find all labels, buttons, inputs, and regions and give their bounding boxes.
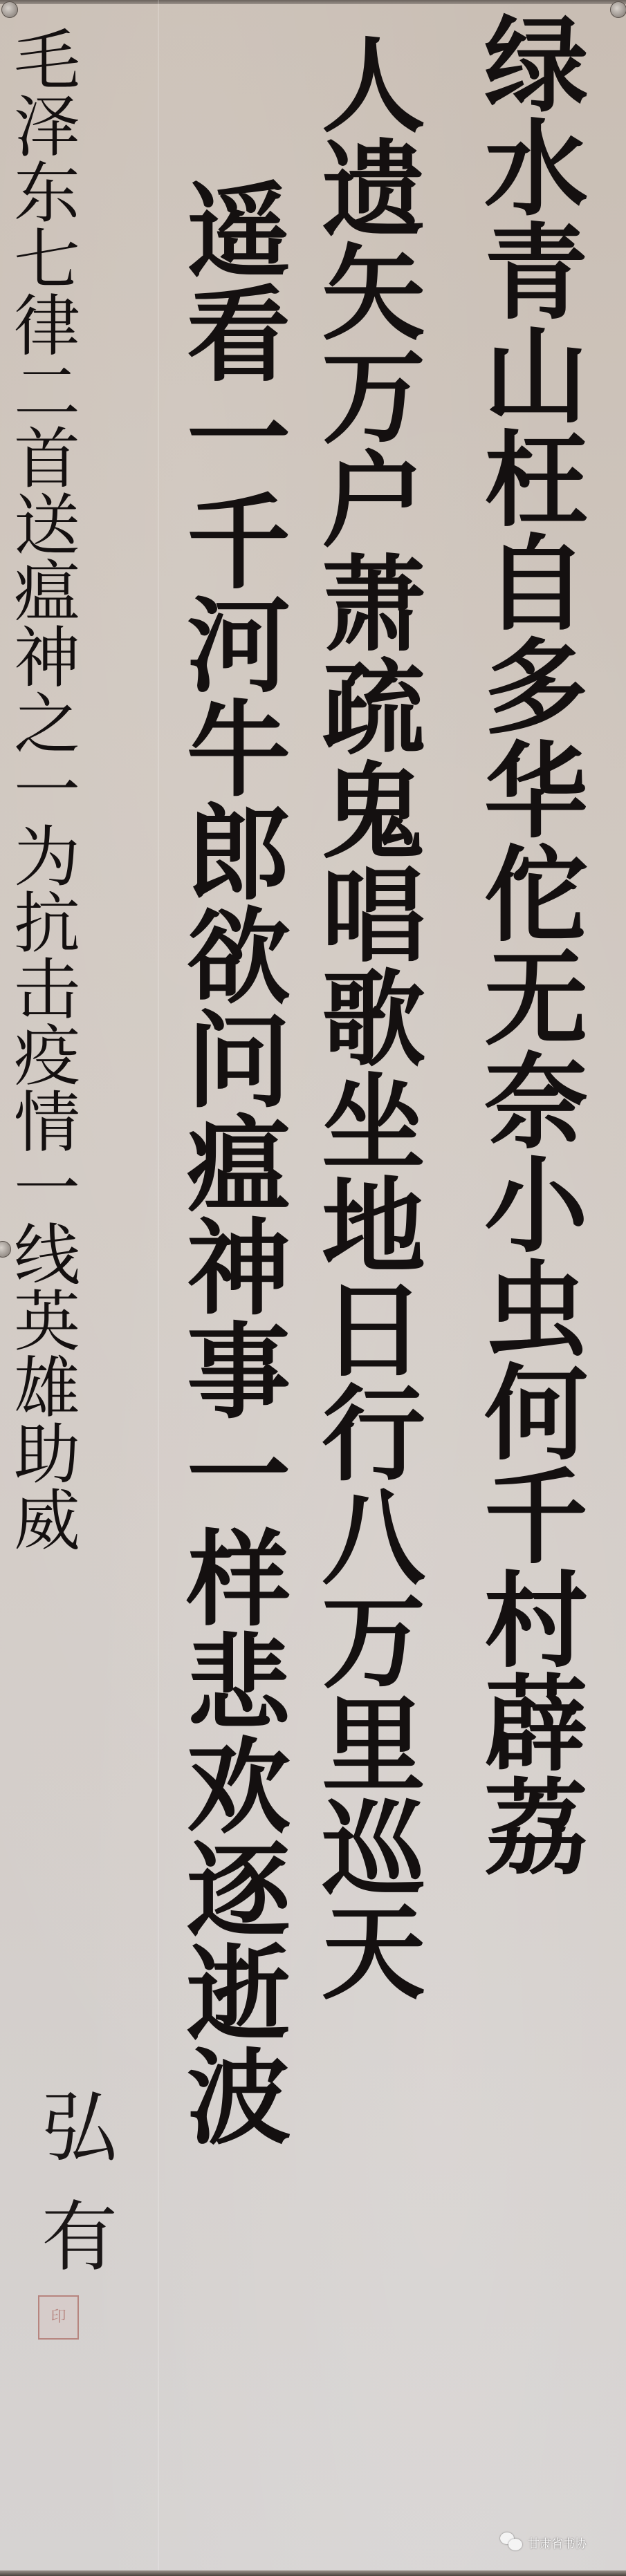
calligraphy-character: 一 (187, 1424, 291, 1528)
hanging-pin-right (610, 1, 626, 18)
hanging-pin-left (1, 1, 18, 18)
calligraphy-character: 里 (322, 1694, 425, 1798)
calligraphy-character: 水 (484, 118, 588, 221)
calligraphy-character: 无 (484, 947, 588, 1051)
calligraphy-character: 巡 (322, 1798, 425, 1901)
calligraphy-character: 地 (322, 1175, 425, 1279)
inscription-character: 首 (14, 426, 80, 492)
inscription-character: 为 (14, 824, 80, 890)
signature-character: 弘 (42, 2067, 118, 2176)
inscription-column: 毛泽东七律二首送瘟神之一为抗击疫情一线英雄助威 (14, 28, 80, 1554)
calligraphy-character: 问 (187, 1009, 291, 1113)
watermark-text: 甘肃省书协 (528, 2534, 587, 2551)
calligraphy-character: 河 (187, 595, 291, 698)
calligraphy-character: 牛 (187, 698, 291, 802)
calligraphy-character: 奈 (484, 1051, 588, 1155)
calligraphy-character: 歌 (322, 968, 425, 1072)
calligraphy-character: 户 (322, 449, 425, 553)
calligraphy-character: 千 (187, 491, 291, 595)
side-pin (0, 1241, 11, 1258)
inscription-character: 威 (14, 1488, 80, 1554)
inscription-character: 助 (14, 1421, 80, 1488)
calligraphy-character: 八 (322, 1486, 425, 1590)
calligraphy-character: 唱 (322, 864, 425, 968)
calligraphy-character: 行 (322, 1383, 425, 1486)
calligraphy-character: 逝 (187, 1943, 291, 2046)
calligraphy-character: 自 (484, 532, 588, 636)
calligraphy-character: 波 (187, 2046, 291, 2150)
inscription-character: 七 (14, 227, 80, 293)
calligraphy-character: 万 (322, 1590, 425, 1694)
calligraphy-character: 事 (187, 1320, 291, 1424)
signature: 弘有 (42, 2067, 118, 2286)
inscription-character: 线 (14, 1222, 80, 1289)
calligraphy-character: 绿 (484, 14, 588, 118)
calligraphy-character: 华 (484, 740, 588, 843)
inscription-character: 一 (14, 1156, 80, 1222)
calligraphy-character: 样 (187, 1528, 291, 1632)
calligraphy-character: 疏 (322, 657, 425, 760)
calligraphy-character: 一 (187, 387, 291, 491)
calligraphy-character: 悲 (187, 1632, 291, 1735)
calligraphy-character: 青 (484, 221, 588, 325)
calligraphy-character: 欢 (187, 1735, 291, 1839)
artist-seal: 印 (38, 2295, 79, 2340)
calligraphy-character: 郎 (187, 802, 291, 906)
calligraphy-character: 坐 (322, 1072, 425, 1175)
inscription-character: 抗 (14, 890, 80, 957)
calligraphy-character: 欲 (187, 906, 291, 1009)
inscription-character: 东 (14, 160, 80, 227)
text-column-1: 绿水青山枉自多华佗无奈小虫何千村薜荔 (484, 14, 588, 1880)
calligraphy-character: 遥 (187, 180, 291, 283)
calligraphy-character: 何 (484, 1362, 588, 1466)
calligraphy-character: 山 (484, 325, 588, 429)
inscription-character: 律 (14, 293, 80, 360)
inscription-character: 击 (14, 957, 80, 1023)
signature-character: 有 (42, 2176, 118, 2286)
inscription-character: 雄 (14, 1355, 80, 1421)
calligraphy-character: 村 (484, 1569, 588, 1673)
inscription-character: 英 (14, 1289, 80, 1355)
wechat-icon (500, 2532, 524, 2552)
calligraphy-character: 人 (322, 35, 425, 138)
inscription-character: 疫 (14, 1023, 80, 1090)
seal-text: 印 (50, 2308, 66, 2327)
calligraphy-character: 佗 (484, 843, 588, 947)
calligraphy-character: 万 (322, 346, 425, 449)
calligraphy-character: 薜 (484, 1673, 588, 1777)
calligraphy-character: 矢 (322, 242, 425, 346)
calligraphy-character: 多 (484, 636, 588, 740)
calligraphy-character: 逐 (187, 1839, 291, 1943)
inscription-character: 送 (14, 492, 80, 559)
inscription-character: 泽 (14, 94, 80, 160)
inscription-character: 情 (14, 1090, 80, 1156)
calligraphy-character: 遗 (322, 138, 425, 242)
scroll-top-rod (0, 0, 626, 4)
text-column-2: 人遗矢万户萧疏鬼唱歌坐地日行八万里巡天 (322, 35, 425, 2005)
calligraphy-character: 神 (187, 1217, 291, 1320)
paper-fold-line (158, 0, 159, 2576)
calligraphy-character: 虫 (484, 1258, 588, 1362)
inscription-character: 神 (14, 625, 80, 691)
calligraphy-character: 日 (322, 1279, 425, 1383)
calligraphy-character: 千 (484, 1466, 588, 1569)
wechat-watermark: 甘肃省书协 (500, 2532, 587, 2552)
inscription-character: 一 (14, 758, 80, 824)
text-column-3: 遥看一千河牛郎欲问瘟神事一样悲欢逐逝波 (187, 180, 291, 2150)
scroll-bottom-rod (0, 2570, 626, 2576)
calligraphy-character: 枉 (484, 429, 588, 532)
calligraphy-character: 看 (187, 283, 291, 387)
inscription-character: 瘟 (14, 559, 80, 625)
calligraphy-scroll: 绿水青山枉自多华佗无奈小虫何千村薜荔 人遗矢万户萧疏鬼唱歌坐地日行八万里巡天 遥… (0, 0, 626, 2576)
calligraphy-character: 萧 (322, 553, 425, 657)
calligraphy-character: 荔 (484, 1777, 588, 1880)
inscription-character: 之 (14, 691, 80, 758)
calligraphy-character: 鬼 (322, 760, 425, 864)
calligraphy-character: 天 (322, 1901, 425, 2005)
inscription-character: 二 (14, 360, 80, 426)
calligraphy-character: 小 (484, 1155, 588, 1258)
inscription-character: 毛 (14, 28, 80, 94)
calligraphy-character: 瘟 (187, 1113, 291, 1217)
